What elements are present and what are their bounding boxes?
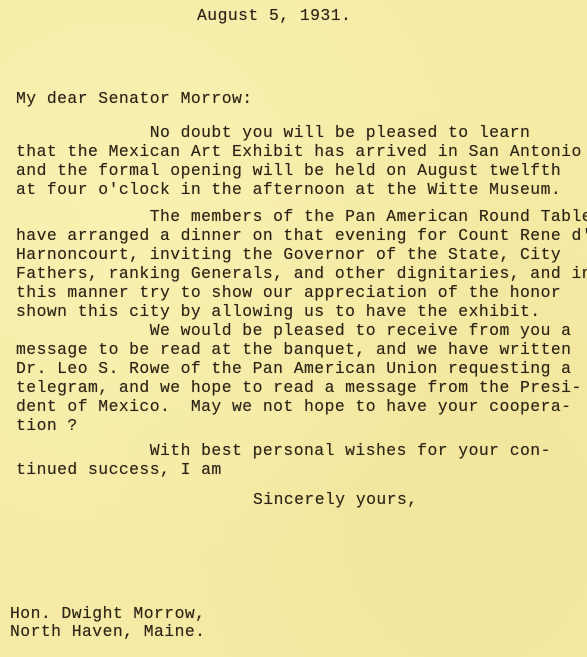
- paragraph-line: this manner try to show our appreciation…: [16, 283, 587, 302]
- paragraph-line: have arranged a dinner on that evening f…: [16, 226, 587, 245]
- paragraph-line: We would be pleased to receive from you …: [16, 321, 582, 340]
- paragraph-line: No doubt you will be pleased to learn: [16, 123, 582, 142]
- paragraph-line: Harnoncourt, inviting the Governor of th…: [16, 245, 587, 264]
- recipient-name: Hon. Dwight Morrow,: [10, 604, 205, 623]
- paragraph-line: Dr. Leo S. Rowe of the Pan American Unio…: [16, 359, 582, 378]
- paragraph-line: that the Mexican Art Exhibit has arrived…: [16, 142, 582, 161]
- paragraph-3: We would be pleased to receive from you …: [16, 321, 582, 435]
- salutation: My dear Senator Morrow:: [16, 89, 253, 108]
- paragraph-line: shown this city by allowing us to have t…: [16, 302, 587, 321]
- paragraph-1: No doubt you will be pleased to learn th…: [16, 123, 582, 199]
- paragraph-line: at four o'clock in the afternoon at the …: [16, 180, 582, 199]
- paragraph-line: Fathers, ranking Generals, and other dig…: [16, 264, 587, 283]
- paragraph-line: telegram, and we hope to read a message …: [16, 378, 582, 397]
- paragraph-line: and the formal opening will be held on A…: [16, 161, 582, 180]
- closing: Sincerely yours,: [253, 490, 418, 509]
- paragraph-line: tion ?: [16, 416, 582, 435]
- letter-date: August 5, 1931.: [197, 6, 351, 25]
- recipient-address: North Haven, Maine.: [10, 622, 205, 641]
- letter-page: August 5, 1931. My dear Senator Morrow: …: [0, 0, 587, 657]
- paragraph-4: With best personal wishes for your con- …: [16, 441, 551, 479]
- paragraph-line: With best personal wishes for your con-: [16, 441, 551, 460]
- paragraph-line: tinued success, I am: [16, 460, 551, 479]
- paragraph-2: The members of the Pan American Round Ta…: [16, 207, 587, 321]
- paragraph-line: message to be read at the banquet, and w…: [16, 340, 582, 359]
- paragraph-line: dent of Mexico. May we not hope to have …: [16, 397, 582, 416]
- paragraph-line: The members of the Pan American Round Ta…: [16, 207, 587, 226]
